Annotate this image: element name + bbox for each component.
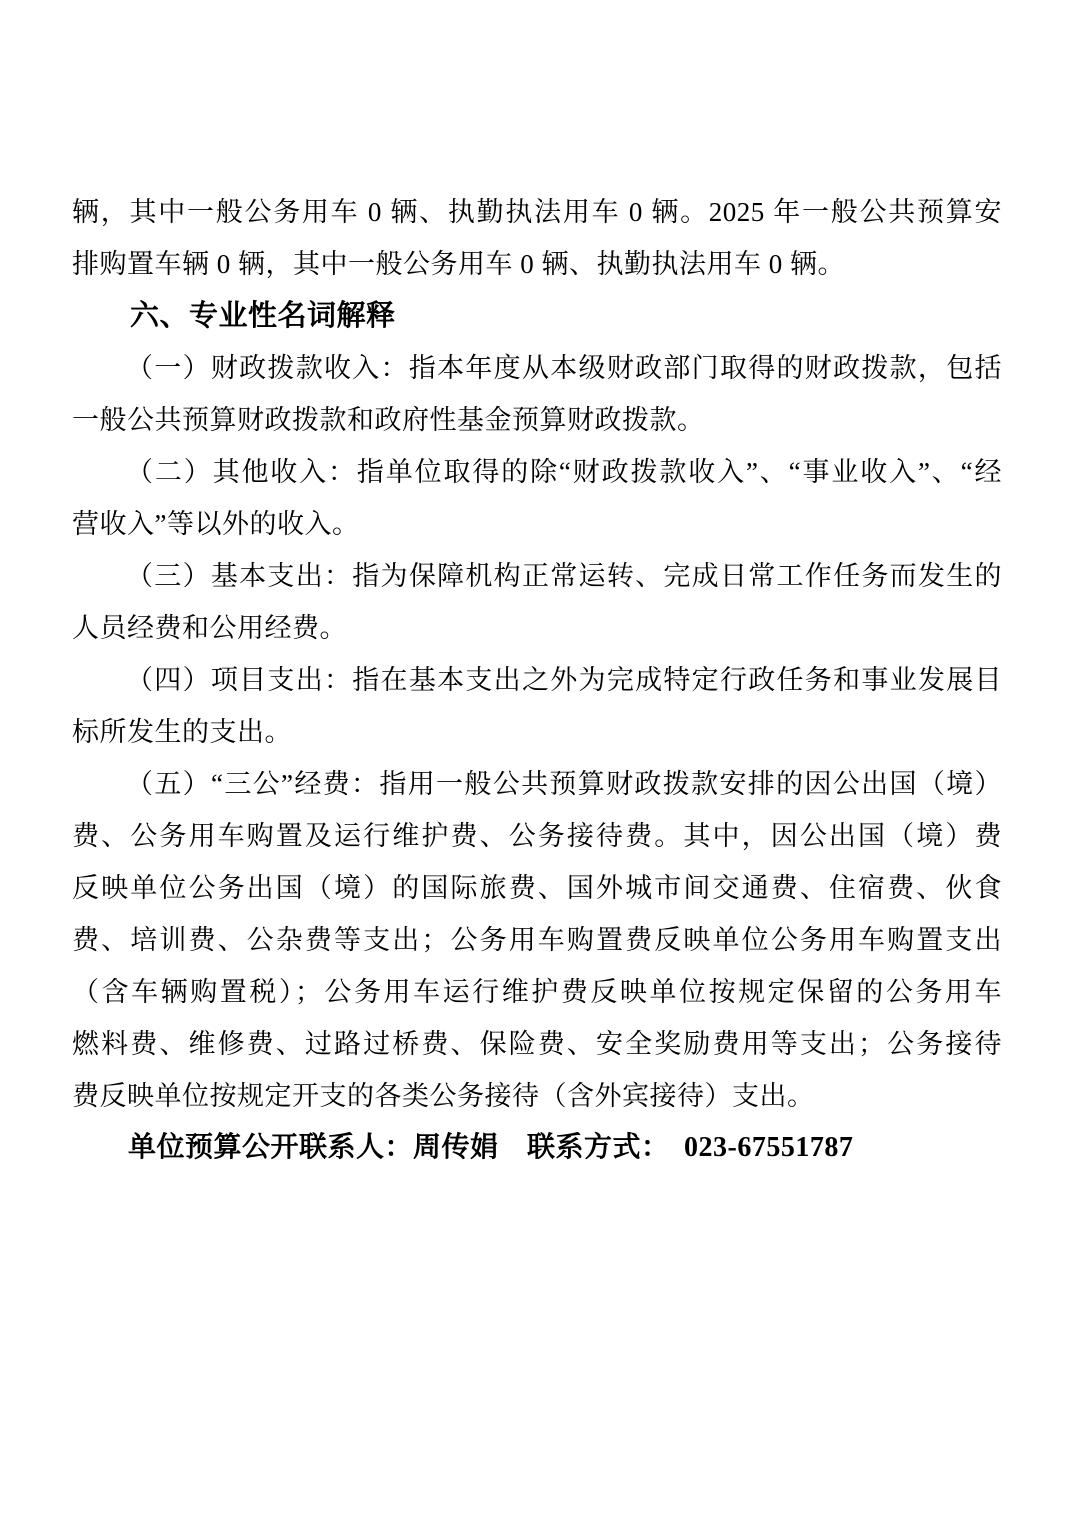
text-line: 费、培训费、公杂费等支出；公务用车购置费反映单位公务用车购置支出 — [72, 914, 1002, 966]
text-line: （二）其他收入：指单位取得的除“财政拨款收入”、“事业收入”、“经 — [72, 446, 1002, 498]
text-line: 一般公共预算财政拨款和政府性基金预算财政拨款。 — [72, 394, 1002, 446]
contact-line: 单位预算公开联系人：周传娟 联系方式： 023-67551787 — [72, 1122, 1002, 1174]
text-line: 燃料费、维修费、过路过桥费、保险费、安全奖励费用等支出；公务接待 — [72, 1018, 1002, 1070]
text-line: 费、公务用车购置及运行维护费、公务接待费。其中，因公出国（境）费 — [72, 810, 1002, 862]
text-line: 标所发生的支出。 — [72, 706, 1002, 758]
text-line: （五）“三公”经费：指用一般公共预算财政拨款安排的因公出国（境） — [72, 758, 1002, 810]
text-line: 反映单位公务出国（境）的国际旅费、国外城市间交通费、住宿费、伙食 — [72, 862, 1002, 914]
text-line: （四）项目支出：指在基本支出之外为完成特定行政任务和事业发展目 — [72, 654, 1002, 706]
text-line: （一）财政拨款收入：指本年度从本级财政部门取得的财政拨款，包括 — [72, 342, 1002, 394]
text-line: （含车辆购置税）；公务用车运行维护费反映单位按规定保留的公务用车 — [72, 966, 1002, 1018]
text-line: 人员经费和公用经费。 — [72, 602, 1002, 654]
text-line: 费反映单位按规定开支的各类公务接待（含外宾接待）支出。 — [72, 1070, 1002, 1122]
section-heading: 六、专业性名词解释 — [72, 290, 1002, 342]
text-line: （三）基本支出：指为保障机构正常运转、完成日常工作任务而发生的 — [72, 550, 1002, 602]
text-line: 营收入”等以外的收入。 — [72, 498, 1002, 550]
document-content: 辆，其中一般公务用车 0 辆、执勤执法用车 0 辆。2025 年一般公共预算安 … — [0, 0, 1074, 1174]
document-page: 辆，其中一般公务用车 0 辆、执勤执法用车 0 辆。2025 年一般公共预算安 … — [0, 0, 1074, 1520]
text-line: 排购置车辆 0 辆，其中一般公务用车 0 辆、执勤执法用车 0 辆。 — [72, 238, 1002, 290]
text-line: 辆，其中一般公务用车 0 辆、执勤执法用车 0 辆。2025 年一般公共预算安 — [72, 186, 1002, 238]
